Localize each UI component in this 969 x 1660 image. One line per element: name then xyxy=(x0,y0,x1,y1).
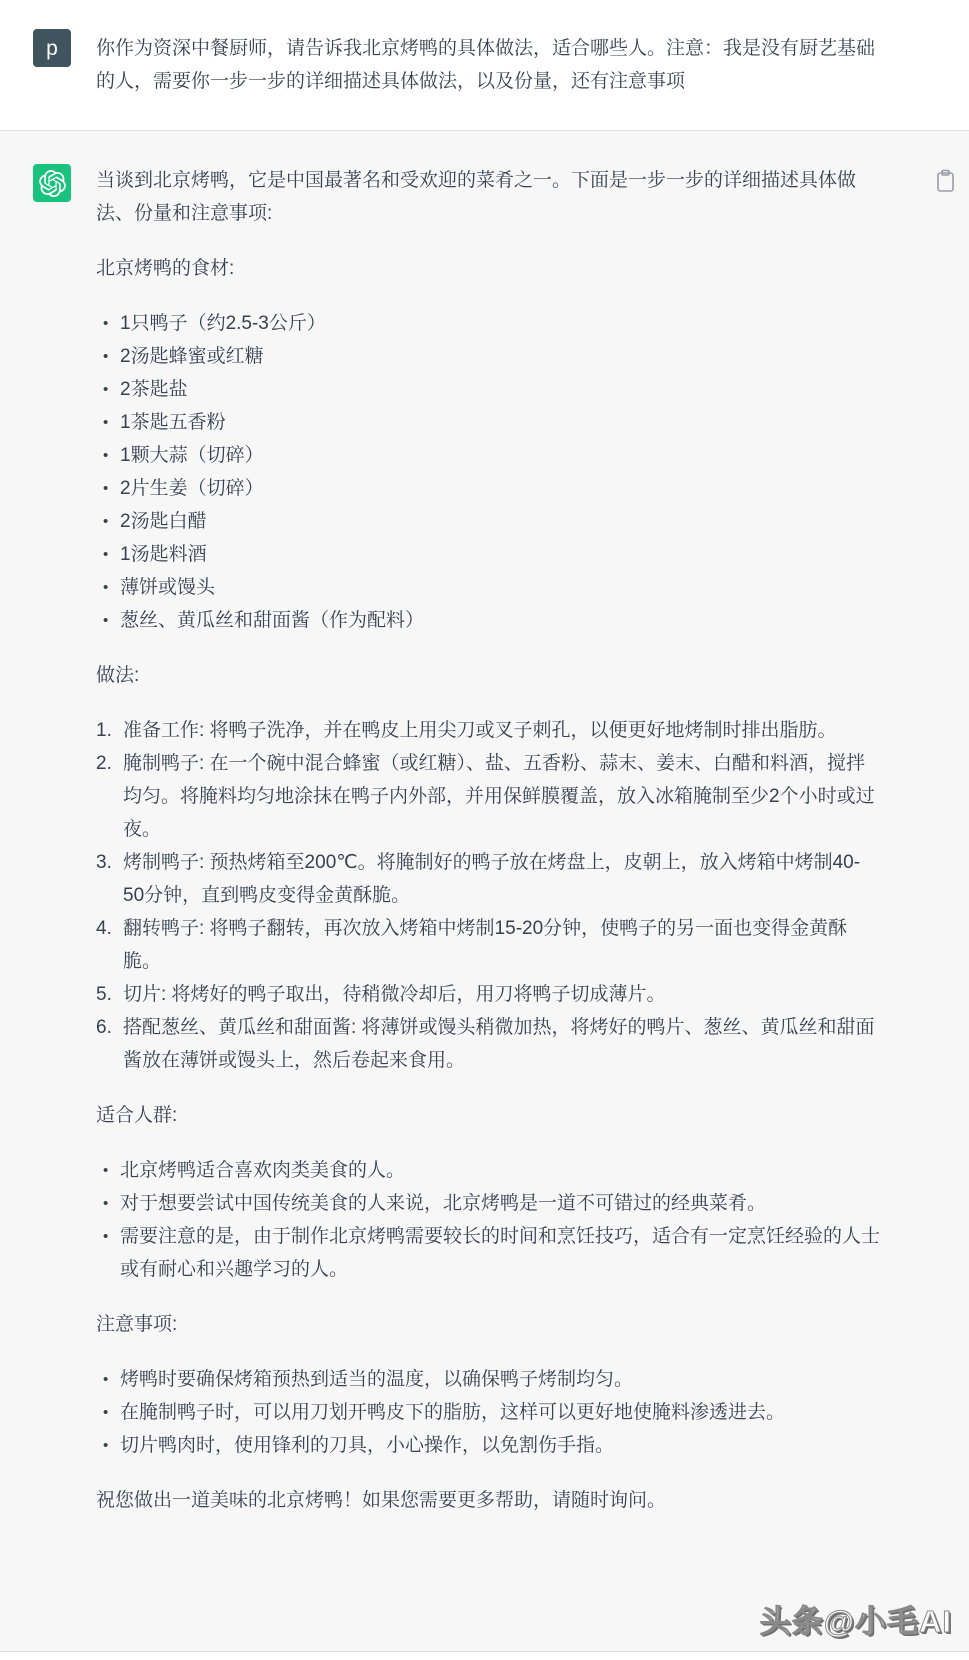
step-item: 腌制鸭子: 在一个碗中混合蜂蜜（或红糖）、盐、五香粉、蒜末、姜末、白醋和料酒，搅… xyxy=(96,747,880,846)
assistant-message: 当谈到北京烤鸭，它是中国最著名和受欢迎的菜肴之一。下面是一步一步的详细描述具体做… xyxy=(0,130,969,1652)
openai-logo-icon xyxy=(33,164,71,202)
list-item: 2片生姜（切碎） xyxy=(96,472,880,505)
assistant-content: 当谈到北京烤鸭，它是中国最著名和受欢迎的菜肴之一。下面是一步一步的详细描述具体做… xyxy=(96,164,880,1539)
clipboard-icon xyxy=(936,169,955,192)
openai-logo-glyph xyxy=(39,170,66,197)
step-item: 搭配葱丝、黄瓜丝和甜面酱: 将薄饼或馒头稍微加热，将烤好的鸭片、葱丝、黄瓜丝和甜… xyxy=(96,1011,880,1077)
audience-list: 北京烤鸭适合喜欢肉类美食的人。 对于想要尝试中国传统美食的人来说，北京烤鸭是一道… xyxy=(96,1154,880,1286)
list-item: 2茶匙盐 xyxy=(96,373,880,406)
ingredients-heading: 北京烤鸭的食材: xyxy=(96,252,880,285)
intro-paragraph: 当谈到北京烤鸭，它是中国最著名和受欢迎的菜肴之一。下面是一步一步的详细描述具体做… xyxy=(96,164,880,230)
notes-heading: 注意事项: xyxy=(96,1308,880,1341)
list-item: 北京烤鸭适合喜欢肉类美食的人。 xyxy=(96,1154,880,1187)
list-item: 1只鸭子（约2.5-3公斤） xyxy=(96,307,880,340)
method-heading: 做法: xyxy=(96,659,880,692)
list-item: 1汤匙料酒 xyxy=(96,538,880,571)
list-item: 烤鸭时要确保烤箱预热到适当的温度，以确保鸭子烤制均匀。 xyxy=(96,1363,880,1396)
list-item: 切片鸭肉时，使用锋利的刀具，小心操作，以免割伤手指。 xyxy=(96,1429,880,1462)
step-item: 切片: 将烤好的鸭子取出，待稍微冷却后，用刀将鸭子切成薄片。 xyxy=(96,978,880,1011)
ingredients-list: 1只鸭子（约2.5-3公斤） 2汤匙蜂蜜或红糖 2茶匙盐 1茶匙五香粉 1颗大蒜… xyxy=(96,307,880,637)
closing-paragraph: 祝您做出一道美味的北京烤鸭！如果您需要更多帮助，请随时询问。 xyxy=(96,1484,880,1517)
list-item: 薄饼或馒头 xyxy=(96,571,880,604)
step-item: 准备工作: 将鸭子洗净，并在鸭皮上用尖刀或叉子刺孔，以便更好地烤制时排出脂肪。 xyxy=(96,714,880,747)
user-message-text: 你作为资深中餐厨师，请告诉我北京烤鸭的具体做法，适合哪些人。注意：我是没有厨艺基… xyxy=(96,29,886,98)
user-message: p 你作为资深中餐厨师，请告诉我北京烤鸭的具体做法，适合哪些人。注意：我是没有厨… xyxy=(0,0,969,130)
list-item: 在腌制鸭子时，可以用刀划开鸭皮下的脂肪，这样可以更好地使腌料渗透进去。 xyxy=(96,1396,880,1429)
audience-heading: 适合人群: xyxy=(96,1099,880,1132)
list-item: 2汤匙白醋 xyxy=(96,505,880,538)
user-avatar: p xyxy=(33,29,71,67)
user-avatar-letter: p xyxy=(46,38,58,59)
list-item: 1颗大蒜（切碎） xyxy=(96,439,880,472)
watermark: 头条@小毛AI xyxy=(760,1596,952,1641)
notes-list: 烤鸭时要确保烤箱预热到适当的温度，以确保鸭子烤制均匀。 在腌制鸭子时，可以用刀划… xyxy=(96,1363,880,1462)
list-item: 1茶匙五香粉 xyxy=(96,406,880,439)
chat-page: p 你作为资深中餐厨师，请告诉我北京烤鸭的具体做法，适合哪些人。注意：我是没有厨… xyxy=(0,0,969,1660)
steps-list: 准备工作: 将鸭子洗净，并在鸭皮上用尖刀或叉子刺孔，以便更好地烤制时排出脂肪。 … xyxy=(96,714,880,1077)
step-item: 烤制鸭子: 预热烤箱至200℃。将腌制好的鸭子放在烤盘上，皮朝上，放入烤箱中烤制… xyxy=(96,846,880,912)
list-item: 需要注意的是，由于制作北京烤鸭需要较长的时间和烹饪技巧，适合有一定烹饪经验的人士… xyxy=(96,1220,880,1286)
step-item: 翻转鸭子: 将鸭子翻转，再次放入烤箱中烤制15-20分钟，使鸭子的另一面也变得金… xyxy=(96,912,880,978)
copy-button[interactable] xyxy=(934,167,957,197)
list-item: 对于想要尝试中国传统美食的人来说，北京烤鸭是一道不可错过的经典菜肴。 xyxy=(96,1187,880,1220)
list-item: 葱丝、黄瓜丝和甜面酱（作为配料） xyxy=(96,604,880,637)
list-item: 2汤匙蜂蜜或红糖 xyxy=(96,340,880,373)
